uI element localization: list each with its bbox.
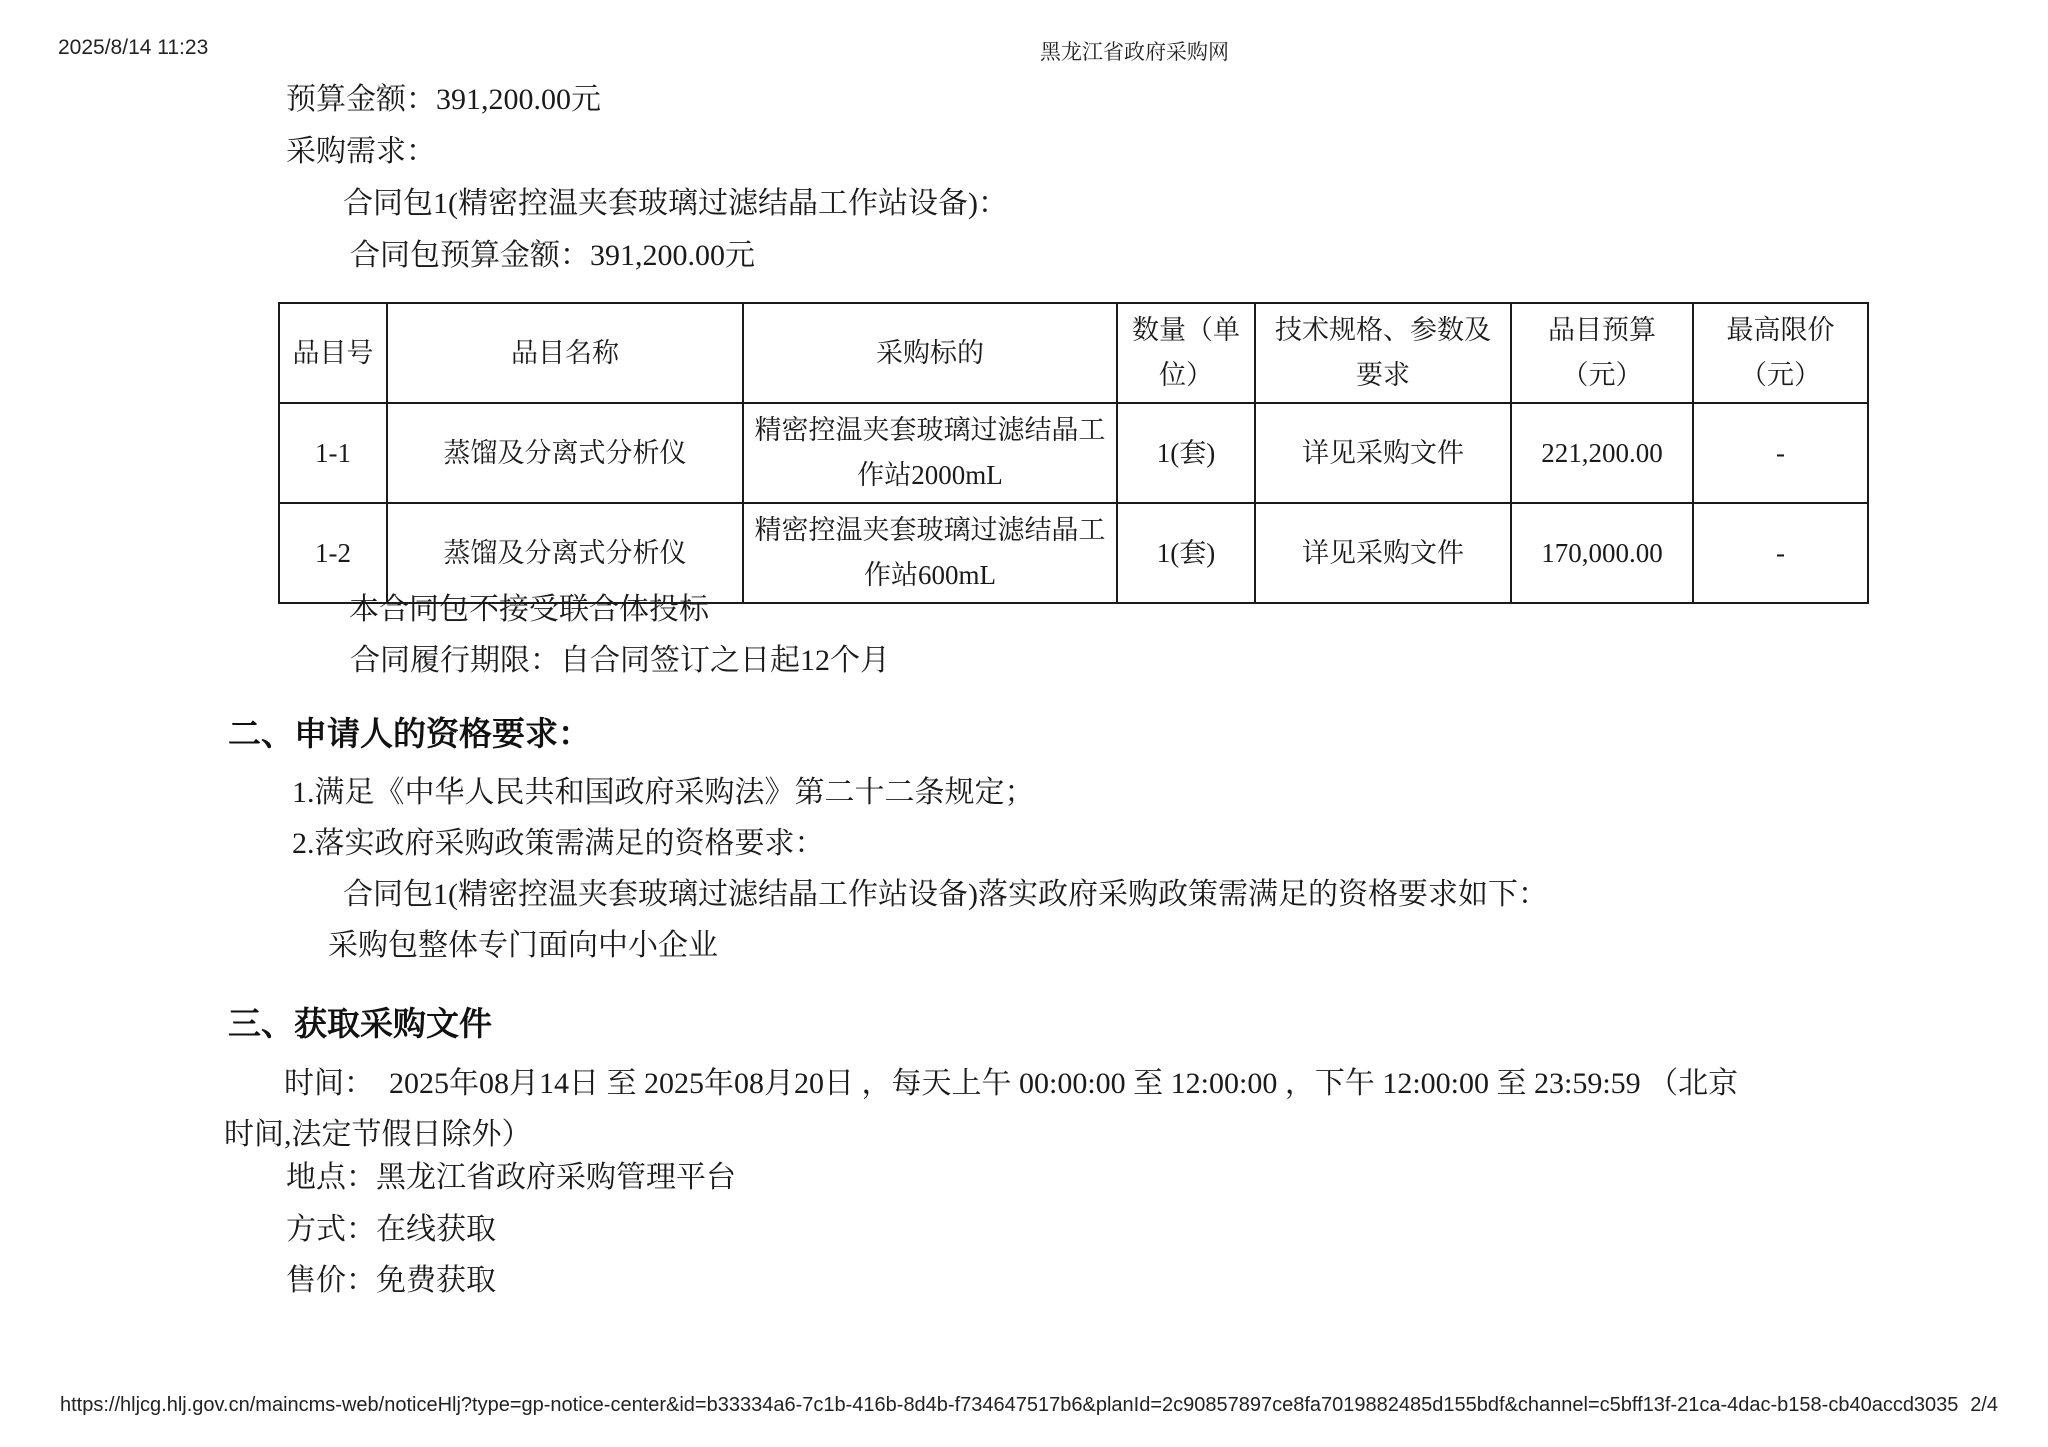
- table-row: 1-1 蒸馏及分离式分析仪 精密控温夹套玻璃过滤结晶工作站2000mL 1(套)…: [279, 403, 1868, 503]
- sme-targeted-line: 采购包整体专门面向中小企业: [328, 928, 718, 964]
- cell-item-budget: 221,200.00: [1511, 403, 1693, 503]
- table-row: 1-2 蒸馏及分离式分析仪 精密控温夹套玻璃过滤结晶工作站600mL 1(套) …: [279, 503, 1868, 603]
- package-budget-line: 合同包预算金额：391,200.00元: [350, 238, 755, 274]
- qualification-item-1: 1.满足《中华人民共和国政府采购法》第二十二条规定；: [292, 775, 1035, 811]
- procurement-demand-label: 采购需求：: [286, 134, 436, 170]
- cell-quantity: 1(套): [1117, 503, 1255, 603]
- print-url: https://hljcg.hlj.gov.cn/maincms-web/not…: [60, 1394, 1958, 1417]
- cell-procurement-target: 精密控温夹套玻璃过滤结晶工作站2000mL: [743, 403, 1117, 503]
- obtain-time-line: 时间： 2025年08月14日 至 2025年08月20日 ，每天上午 00:0…: [224, 1058, 1824, 1160]
- budget-amount-line: 预算金额：391,200.00元: [286, 82, 601, 118]
- cell-item-name: 蒸馏及分离式分析仪: [387, 503, 743, 603]
- cell-quantity: 1(套): [1117, 403, 1255, 503]
- package-policy-line: 合同包1(精密控温夹套玻璃过滤结晶工作站设备)落实政府采购政策需满足的资格要求如…: [343, 877, 1548, 913]
- header-item-no: 品目号: [279, 303, 387, 403]
- qualification-item-2: 2.落实政府采购政策需满足的资格要求：: [292, 826, 825, 862]
- obtain-location-line: 地点：黑龙江省政府采购管理平台: [286, 1160, 736, 1196]
- table-header-row: 品目号 品目名称 采购标的 数量（单 位） 技术规格、参数及 要求 品目预算 （…: [279, 303, 1868, 403]
- cell-item-no: 1-2: [279, 503, 387, 603]
- section-2-heading: 二、申请人的资格要求：: [228, 708, 591, 755]
- items-table: 品目号 品目名称 采购标的 数量（单 位） 技术规格、参数及 要求 品目预算 （…: [278, 302, 1869, 604]
- header-tech-specs: 技术规格、参数及 要求: [1255, 303, 1511, 403]
- cell-item-budget: 170,000.00: [1511, 503, 1693, 603]
- contract-period-note: 合同履行期限：自合同签订之日起12个月: [350, 643, 890, 679]
- header-item-budget: 品目预算 （元）: [1511, 303, 1693, 403]
- cell-tech-specs: 详见采购文件: [1255, 503, 1511, 603]
- print-datetime: 2025/8/14 11:23: [58, 36, 208, 60]
- cell-item-name: 蒸馏及分离式分析仪: [387, 403, 743, 503]
- cell-max-price: -: [1693, 403, 1868, 503]
- cell-max-price: -: [1693, 503, 1868, 603]
- obtain-price-line: 售价：免费获取: [286, 1263, 496, 1299]
- cell-procurement-target: 精密控温夹套玻璃过滤结晶工作站600mL: [743, 503, 1117, 603]
- header-item-name: 品目名称: [387, 303, 743, 403]
- no-consortium-note: 本合同包不接受联合体投标: [349, 592, 709, 628]
- contract-package-line: 合同包1(精密控温夹套玻璃过滤结晶工作站设备)：: [343, 186, 1008, 222]
- header-quantity-unit: 数量（单 位）: [1117, 303, 1255, 403]
- cell-item-no: 1-1: [279, 403, 387, 503]
- print-page: 2025/8/14 11:23 黑龙江省政府采购网 预算金额：391,200.0…: [0, 0, 2048, 1447]
- print-doc-title: 黑龙江省政府采购网: [1040, 36, 1229, 66]
- header-procurement-target: 采购标的: [743, 303, 1117, 403]
- section-3-heading: 三、获取采购文件: [228, 998, 492, 1045]
- obtain-method-line: 方式：在线获取: [286, 1212, 496, 1248]
- cell-tech-specs: 详见采购文件: [1255, 403, 1511, 503]
- header-max-price: 最高限价 （元）: [1693, 303, 1868, 403]
- print-page-number: 2/4: [1970, 1394, 1998, 1417]
